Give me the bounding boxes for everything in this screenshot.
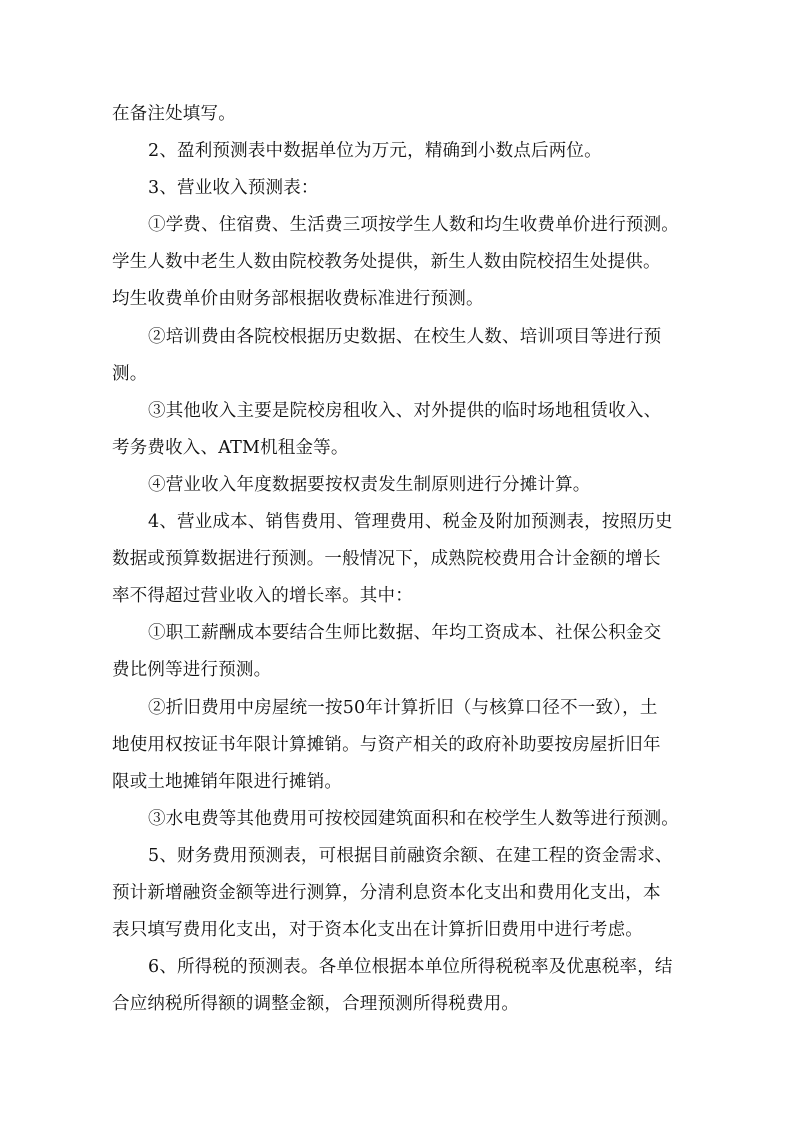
text-line: 费比例等进行预测。: [112, 652, 692, 689]
paragraph-costs-depreciation: ②折旧费用中房屋统一按50年计算折旧（与核算口径不一致），土 地使用权按证书年限…: [112, 690, 692, 801]
text-line: ①职工薪酬成本要结合生师比数据、年均工资成本、社保公积金交: [112, 615, 692, 652]
paragraph-revenue-tuition: ①学费、住宿费、生活费三项按学生人数和均生收费单价进行预测。 学生人数中老生人数…: [112, 207, 692, 318]
paragraph-item-5-financial: 5、财务费用预测表，可根据目前融资余额、在建工程的资金需求、 预计新增融资金额等…: [112, 838, 692, 949]
paragraph-costs-salary: ①职工薪酬成本要结合生师比数据、年均工资成本、社保公积金交 费比例等进行预测。: [112, 615, 692, 689]
text-line: 学生人数中老生人数由院校教务处提供，新生人数由院校招生处提供。: [112, 244, 692, 281]
paragraph-revenue-accrual: ④营业收入年度数据要按权责发生制原则进行分摊计算。: [112, 467, 692, 504]
paragraph-item-3-revenue-heading: 3、营业收入预测表：: [112, 170, 692, 207]
text-line: 均生收费单价由财务部根据收费标准进行预测。: [112, 281, 692, 318]
text-line: 预计新增融资金额等进行测算，分清利息资本化支出和费用化支出，本: [112, 875, 692, 912]
text-line: ③水电费等其他费用可按校园建筑面积和在校学生人数等进行预测。: [112, 801, 692, 838]
paragraph-item-2-data-unit: 2、盈利预测表中数据单位为万元，精确到小数点后两位。: [112, 133, 692, 170]
text-line: ①学费、住宿费、生活费三项按学生人数和均生收费单价进行预测。: [112, 207, 692, 244]
text-line: ④营业收入年度数据要按权责发生制原则进行分摊计算。: [112, 467, 692, 504]
text-line: 4、营业成本、销售费用、管理费用、税金及附加预测表，按照历史: [112, 504, 692, 541]
text-line: 考务费收入、ATM机租金等。: [112, 430, 692, 467]
text-line: 5、财务费用预测表，可根据目前融资余额、在建工程的资金需求、: [112, 838, 692, 875]
text-line: 在备注处填写。: [112, 96, 692, 133]
paragraph-revenue-other: ③其他收入主要是院校房租收入、对外提供的临时场地租赁收入、 考务费收入、ATM机…: [112, 393, 692, 467]
paragraph-costs-utilities: ③水电费等其他费用可按校园建筑面积和在校学生人数等进行预测。: [112, 801, 692, 838]
text-line: 2、盈利预测表中数据单位为万元，精确到小数点后两位。: [112, 133, 692, 170]
document-page: 在备注处填写。 2、盈利预测表中数据单位为万元，精确到小数点后两位。 3、营业收…: [112, 96, 692, 1023]
text-line: 率不得超过营业收入的增长率。其中：: [112, 578, 692, 615]
text-line: 数据或预算数据进行预测。一般情况下，成熟院校费用合计金额的增长: [112, 541, 692, 578]
text-line: 地使用权按证书年限计算摊销。与资产相关的政府补助要按房屋折旧年: [112, 727, 692, 764]
text-line: ③其他收入主要是院校房租收入、对外提供的临时场地租赁收入、: [112, 393, 692, 430]
text-line: 测。: [112, 356, 692, 393]
text-line: 6、所得税的预测表。各单位根据本单位所得税税率及优惠税率，结: [112, 949, 692, 986]
paragraph-item-4-costs: 4、营业成本、销售费用、管理费用、税金及附加预测表，按照历史 数据或预算数据进行…: [112, 504, 692, 615]
text-line: ②培训费由各院校根据历史数据、在校生人数、培训项目等进行预: [112, 319, 692, 356]
text-line: 合应纳税所得额的调整金额，合理预测所得税费用。: [112, 986, 692, 1023]
paragraph-continuation: 在备注处填写。: [112, 96, 692, 133]
paragraph-item-6-income-tax: 6、所得税的预测表。各单位根据本单位所得税税率及优惠税率，结 合应纳税所得额的调…: [112, 949, 692, 1023]
text-line: 表只填写费用化支出，对于资本化支出在计算折旧费用中进行考虑。: [112, 912, 692, 949]
text-line: 限或土地摊销年限进行摊销。: [112, 764, 692, 801]
paragraph-revenue-training: ②培训费由各院校根据历史数据、在校生人数、培训项目等进行预 测。: [112, 319, 692, 393]
text-line: 3、营业收入预测表：: [112, 170, 692, 207]
text-line: ②折旧费用中房屋统一按50年计算折旧（与核算口径不一致），土: [112, 690, 692, 727]
